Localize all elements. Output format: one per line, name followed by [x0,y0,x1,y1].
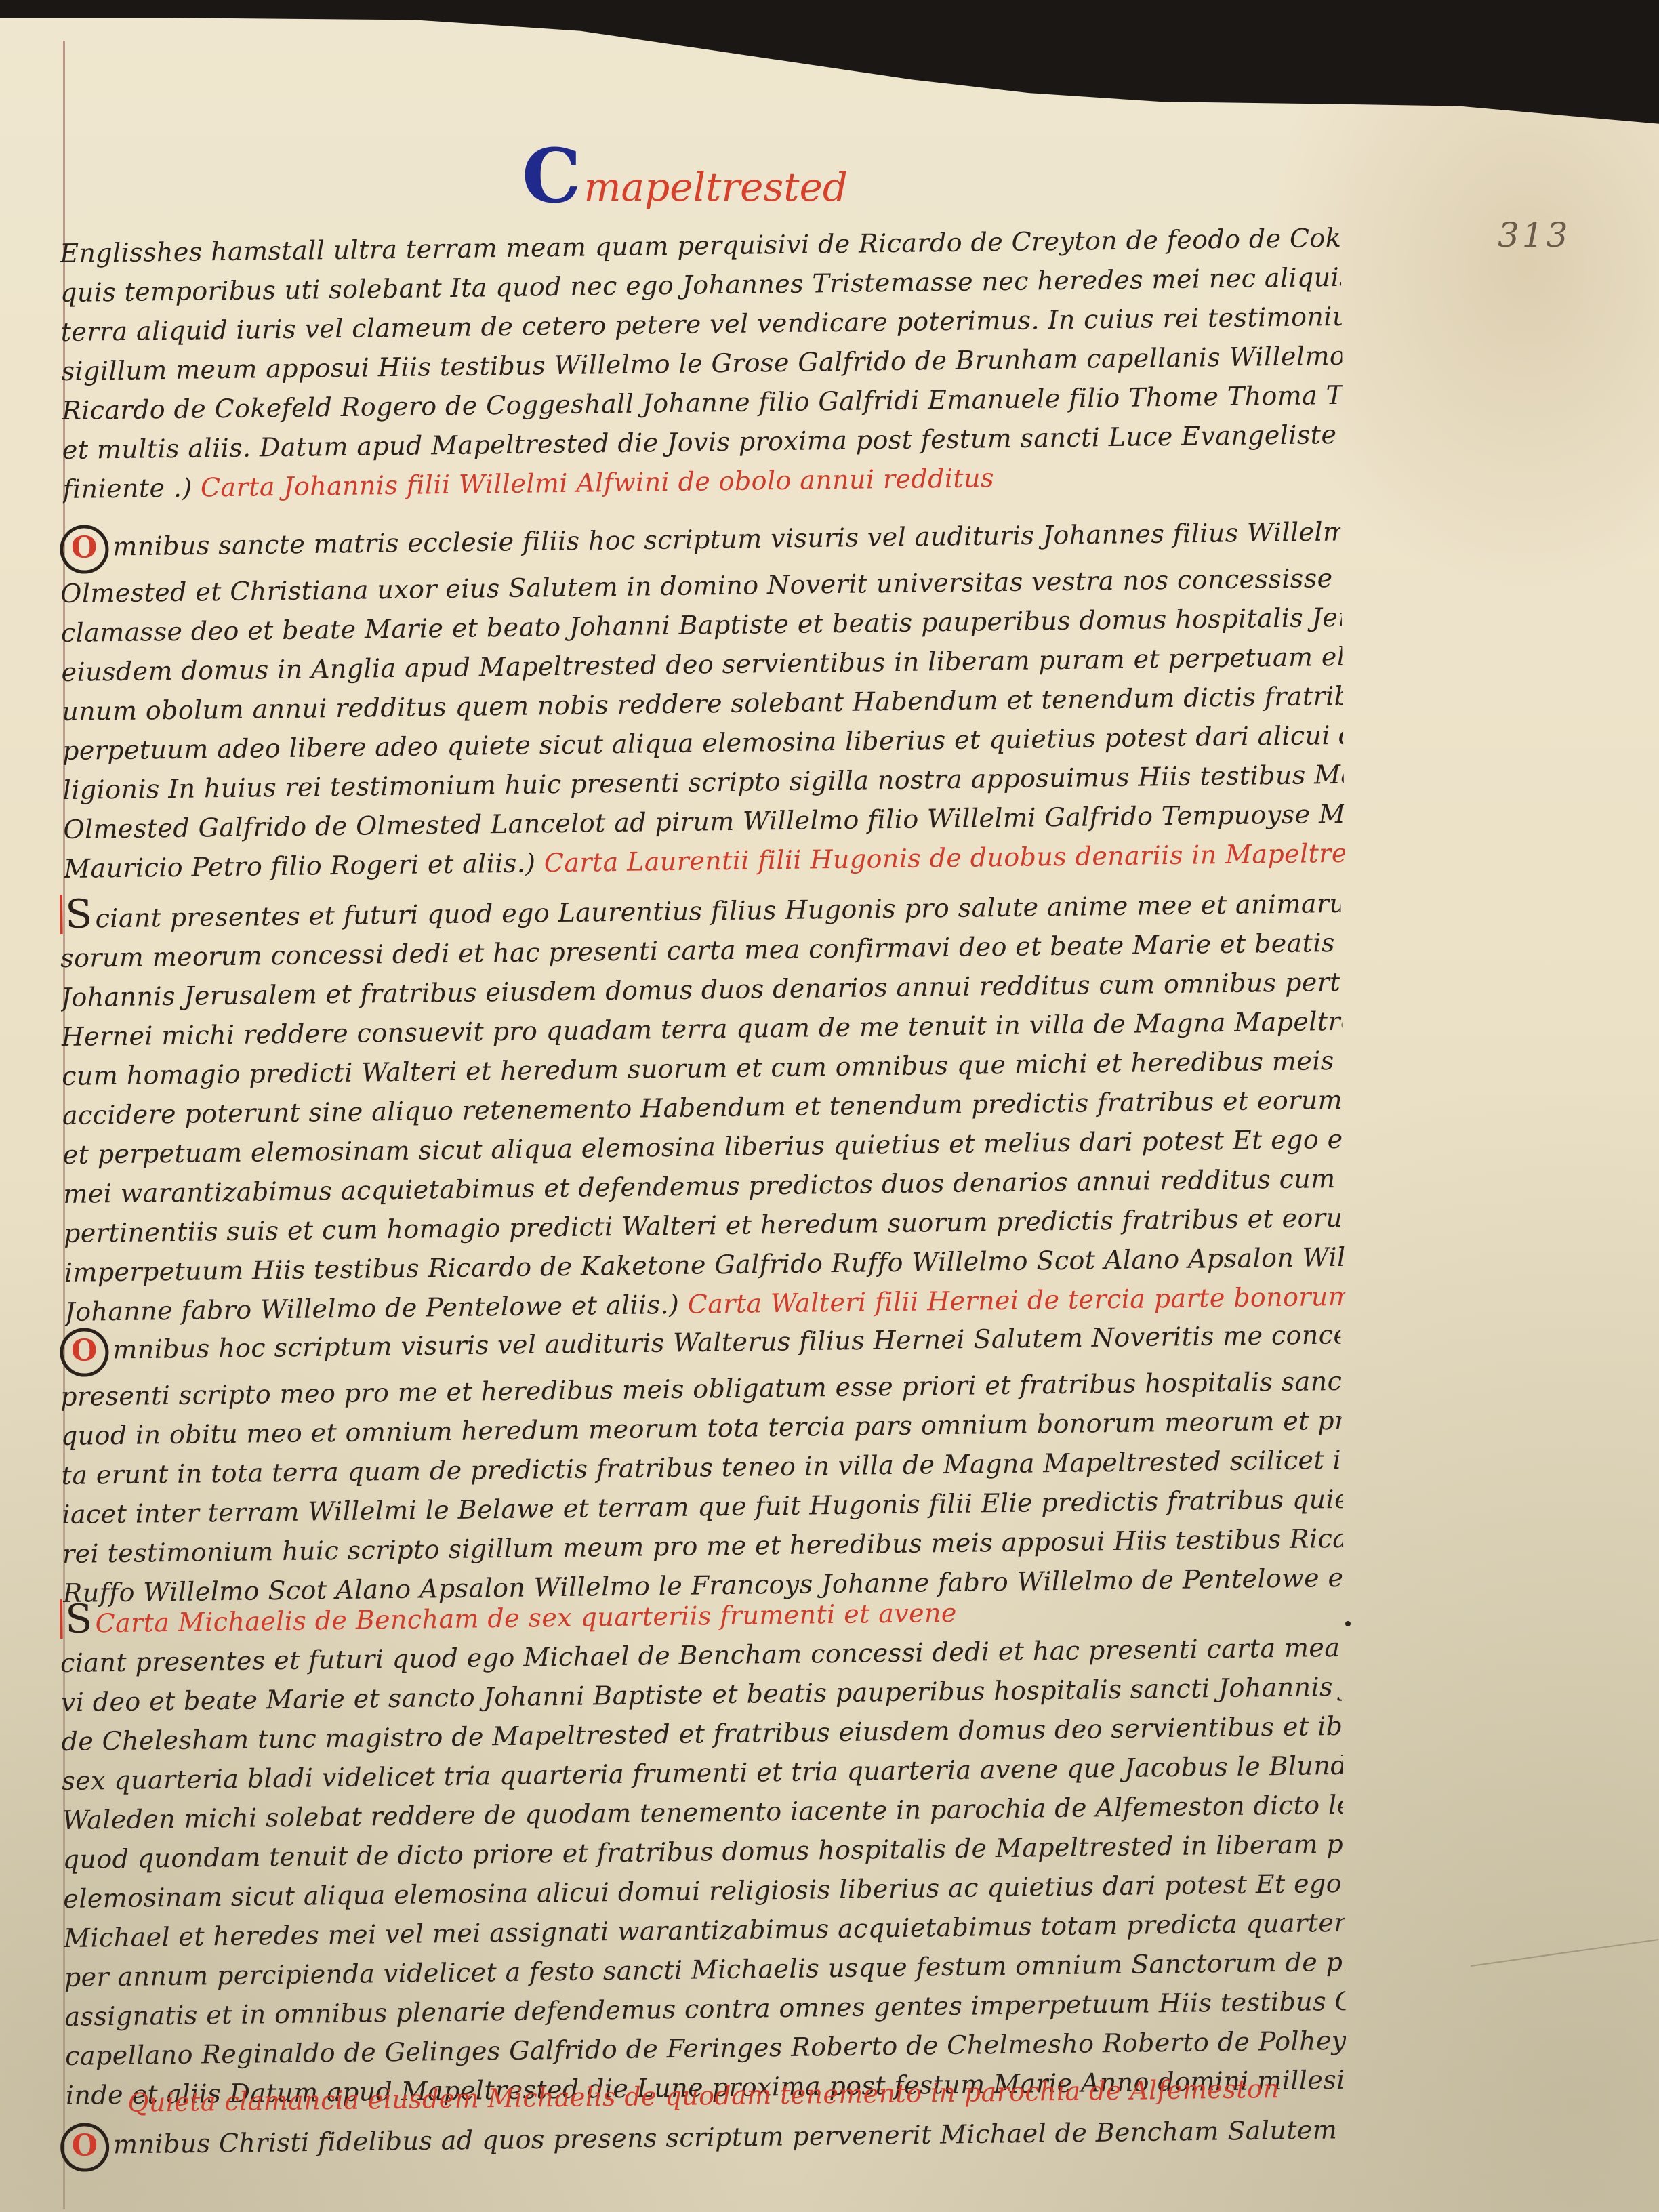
heading-initial-letter: C [522,139,581,213]
manuscript-page: 313 C mapeltrested Englisshes hamstall u… [0,0,1659,2212]
decorated-initial: O [60,525,109,574]
decorated-initial: S [60,1599,93,1639]
line-text: Mauricio Petro filio Rogeri et aliis.) [64,848,536,884]
charter-johannes: Omnibus sancte matris ecclesie filiis ho… [60,510,1345,888]
page-heading: C mapeltrested [522,139,848,213]
heading-text: mapeltrested [584,167,848,213]
rubric-text: Carta Michaelis de Bencham de sex quarte… [95,1598,957,1639]
line-text: mnibus sancte matris ecclesie filiis hoc… [112,515,1341,562]
charter-walterus: Omnibus hoc scriptum visuris vel auditur… [60,1313,1344,1613]
decorated-initial: S [60,894,93,934]
text-section-continuation: Englisshes hamstall ultra terram meam qu… [60,218,1344,509]
decorated-initial: O [60,2123,110,2172]
rubric-heading: Carta Walteri filii Hernei de tercia par… [687,1277,1345,1319]
charter-michael: SCarta Michaelis de Bencham de sex quart… [60,1584,1347,2115]
rubric-heading: Carta Laurentii filii Hugonis de duobus … [544,838,1345,878]
decorated-initial: O [60,1328,109,1377]
margin-dot [1345,1621,1351,1626]
rubric-heading: Carta Johannis filii Willelmi Alfwini de… [201,463,994,502]
closing-text: finiente .) [62,473,192,504]
parchment-crease [1471,1939,1659,1967]
quitclaim-michael: Quieta clamancia eiusdem Michaelis de qu… [60,2068,1341,2172]
folio-number: 313 [1498,216,1570,255]
charter-laurentius: Sciant presentes et futuri quod ego Laur… [60,879,1346,1332]
